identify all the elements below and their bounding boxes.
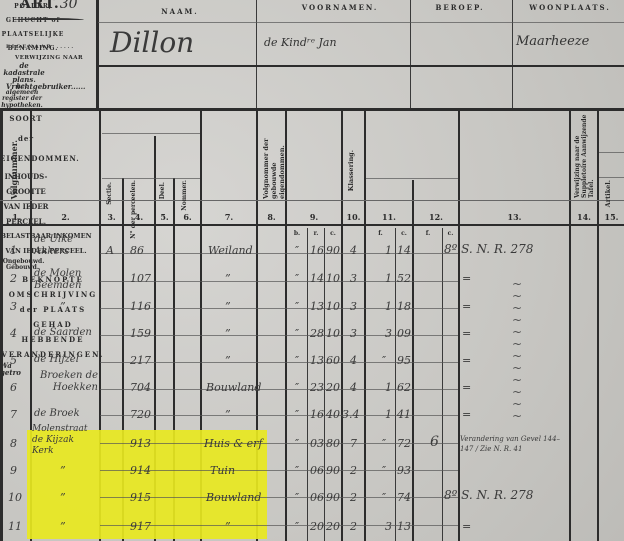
row-10-ong-f: ″ <box>382 491 386 504</box>
row-7-b: ″ <box>295 408 299 421</box>
row-9-b: ″ <box>295 464 299 477</box>
row-7-nr: 7 <box>10 408 17 421</box>
grid-v-col13 <box>458 110 460 541</box>
row-11-soort: ” <box>225 520 231 533</box>
row-8-soort: Huis & erf <box>204 437 262 450</box>
voornamen-header: VOORNAMEN. <box>280 3 400 12</box>
colnum-6: 6. <box>175 212 200 222</box>
row-6-nr: 6 <box>10 381 17 394</box>
row-6-b: ″ <box>295 381 299 394</box>
row-7-ong-c: 41 <box>397 408 411 421</box>
row-11-perceel: 917 <box>130 520 151 533</box>
row-3-ong-f: 1 <box>385 300 392 313</box>
row-6-perceel: 704 <box>130 381 151 394</box>
cadastral-register-page: ART.30 EIGENAAR...... Vruchtgebruiker...… <box>0 0 624 541</box>
naam-header: NAAM. <box>150 7 210 16</box>
colnum-12: 12. <box>414 212 458 222</box>
grid-h-waarde <box>599 152 624 153</box>
grid-v-col11 <box>364 110 366 541</box>
col15-header: Artikel. <box>604 180 612 207</box>
col4-header: N° der perceelen. <box>130 180 137 239</box>
row-4-benaming: de Saarden <box>34 327 92 338</box>
row-6-ong-f: 1 <box>385 381 392 394</box>
grid-h-numbers-top <box>0 200 624 201</box>
row-1-benaming: de Ulke Akkers <box>34 234 98 258</box>
col5-header: Deel. <box>159 182 166 199</box>
row-9-ong-f: ″ <box>382 464 386 477</box>
row-4-r: 28 <box>310 327 324 340</box>
row-11-b: ″ <box>295 520 299 533</box>
row-10-benaming: ” <box>60 491 66 504</box>
row-9-c: 90 <box>326 464 340 477</box>
row-1-r: 16 <box>310 244 324 257</box>
row-8-benaming: Molenstraat de Kijzak Kerk <box>32 424 98 457</box>
grid-v-col15 <box>597 110 599 541</box>
row-4-ong-f: 3 <box>385 327 392 340</box>
col14-header: Verwijzing naar de Suppletoire Aanwijzen… <box>574 112 592 198</box>
grid-v-col9-r <box>307 228 308 541</box>
unit-r: r. <box>308 230 324 237</box>
col8-header: Volgnommer der gebouwde eigendommen. <box>262 114 280 199</box>
row-11-klasse: 2 <box>350 520 357 533</box>
row-10-c: 90 <box>326 491 340 504</box>
row-3-r: 13 <box>310 300 324 313</box>
row-2-perceel: 107 <box>130 272 151 285</box>
row-10-b: ″ <box>295 491 299 504</box>
row-7-benaming: de Broek <box>34 408 80 419</box>
article-label: ART.30 <box>20 0 78 12</box>
row-9-r: 06 <box>310 464 324 477</box>
row-6-r: 23 <box>310 381 324 394</box>
row-1-nr: 1 <box>10 244 17 257</box>
row-4-nr: 4 <box>10 327 17 340</box>
verwijzing-header: VERWIJZING NAAR <box>0 56 98 62</box>
row-3-ong-c: 18 <box>397 300 411 313</box>
colnum-11: 11. <box>366 212 412 222</box>
col1-header: Volgnummer. <box>9 140 19 199</box>
row-9-perceel: 914 <box>130 464 151 477</box>
row-1-klasse: 4 <box>350 244 357 257</box>
row-1-ong-c: 14 <box>397 244 411 257</box>
row-1-omschrijving: 8º S. N. R. 278 <box>444 242 533 256</box>
owner-grid-bottom <box>0 108 624 111</box>
col7-header: SOORT der EIGENDOMMEN. <box>0 109 52 169</box>
article-label-text: ART. <box>20 0 60 12</box>
colnum-10: 10. <box>343 212 364 222</box>
row-7-soort: ” <box>225 408 231 421</box>
row-9-nr: 9 <box>10 464 17 477</box>
row-4-omschrijving: = <box>462 327 471 340</box>
kadastrale-header: de kadastrale plans. <box>0 62 48 84</box>
row-7-perceel: 720 <box>130 408 151 421</box>
row-2-b: ″ <box>295 272 299 285</box>
row-8-r: 03 <box>310 437 324 450</box>
colnum-13: 13. <box>460 212 569 222</box>
row-8-omschrijving: Verandering van Gevel 144–147 / Zie N. R… <box>460 434 570 454</box>
grid-h-plans <box>102 178 200 179</box>
row-3-perceel: 116 <box>130 300 151 313</box>
grid-v-col12-c <box>442 228 443 541</box>
row-8-b: ″ <box>295 437 299 450</box>
row-8-c: 80 <box>326 437 340 450</box>
vruchtgebruiker-label: Vruchtgebruiker...... <box>6 82 85 91</box>
colnum-15: 15. <box>599 212 624 222</box>
row-4-b: ″ <box>295 327 299 340</box>
row-3-klasse: 3 <box>350 300 357 313</box>
row-3-omschrijving: = <box>462 300 471 313</box>
unit-12-c: c. <box>443 230 458 237</box>
row-10-omschrijving: 8º S. N. R. 278 <box>444 488 533 502</box>
unit-c: c. <box>325 230 341 237</box>
row-4-soort: ” <box>225 327 231 340</box>
row-2-ong-c: 52 <box>397 272 411 285</box>
grid-v-col14 <box>569 110 571 541</box>
row-1-ong-f: 1 <box>385 244 392 257</box>
woonplaats-header: WOONPLAATS. <box>520 3 620 12</box>
grid-v-col9-c <box>324 228 325 541</box>
row-10-klasse: 2 <box>350 491 357 504</box>
row-4-c: 10 <box>326 327 340 340</box>
colnum-3: 3. <box>101 212 122 222</box>
row-2-klasse: 3 <box>350 272 357 285</box>
beroep-header: BEROEP. <box>420 3 500 12</box>
owner-grid-v2 <box>410 0 411 110</box>
row-7-c: 40 <box>326 408 340 421</box>
row-9-soort: Tuin <box>210 464 235 477</box>
row-5-nr: 5 <box>10 354 17 367</box>
row-10-soort: Bouwland <box>206 491 261 504</box>
row-5-c: 60 <box>326 354 340 367</box>
row-6-omschrijving: = <box>462 381 471 394</box>
row-8-perceel: 913 <box>130 437 151 450</box>
unit-11-c: c. <box>396 230 412 237</box>
row-8-geb-f: 6 <box>430 434 439 450</box>
owner-grid-h2 <box>98 65 624 67</box>
row-7-klasse: 3.4 <box>342 408 360 421</box>
colnum-4: 4. <box>124 212 154 222</box>
grid-h-waarde2 <box>599 177 624 178</box>
row-2-nr: 2 <box>10 272 17 285</box>
row-10-r: 06 <box>310 491 324 504</box>
owner-voornamen: de Kindʳᵉ Jan <box>264 36 337 49</box>
grid-h-belastbaar <box>366 178 458 179</box>
row-3-benaming: ” <box>60 300 66 313</box>
row-6-benaming: Broeken de Hoekken <box>34 370 98 394</box>
col3-header: Sectie. <box>106 182 113 205</box>
row-1-b: ″ <box>295 244 299 257</box>
row-5-ong-f: ″ <box>382 354 386 367</box>
row-2-benaming: de Molen Beemden <box>34 268 98 292</box>
grid-v-col1-left <box>0 110 3 541</box>
row-6-soort: Bouwland <box>206 381 261 394</box>
row-5-omschrijving: = <box>462 354 471 367</box>
row-7-r: 16 <box>310 408 324 421</box>
owner-grid-v3 <box>512 0 513 110</box>
row-5-soort: ” <box>225 354 231 367</box>
row-3-b: ″ <box>295 300 299 313</box>
row-2-soort: ” <box>225 272 231 285</box>
row-10-nr: 10 <box>8 491 22 504</box>
row-11-ong-f: 3 <box>385 520 392 533</box>
row-5-b: ″ <box>295 354 299 367</box>
article-flourish <box>14 18 84 22</box>
colnum-9: 9. <box>287 212 341 222</box>
eigenaar-label: EIGENAAR...... <box>6 44 75 50</box>
row-4-klasse: 3 <box>350 327 357 340</box>
owner-grid-left <box>96 0 99 110</box>
row-8-ong-c: 72 <box>397 437 411 450</box>
row-5-benaming: de Hijzel <box>34 354 79 365</box>
row-9-benaming: ” <box>60 464 66 477</box>
owner-woonplaats: Maarheeze <box>516 34 589 49</box>
col6-header: Nommer. <box>181 180 188 211</box>
colnum-1: 1. <box>3 212 30 222</box>
row-11-c: 20 <box>326 520 340 533</box>
row-11-omschrijving: = <box>462 520 471 533</box>
col10-header: Klassering. <box>347 150 355 191</box>
row-1-c: 90 <box>326 244 340 257</box>
owner-naam: Dillon <box>110 26 194 59</box>
row-11-r: 20 <box>310 520 324 533</box>
row-5-ong-c: 95 <box>397 354 411 367</box>
row-11-benaming: ” <box>60 520 66 533</box>
colnum-8: 8. <box>258 212 285 222</box>
owner-grid-h1 <box>98 22 624 23</box>
colnum-14: 14. <box>571 212 597 222</box>
colnum-5: 5. <box>156 212 173 222</box>
row-11-ong-c: 13 <box>397 520 411 533</box>
row-6-ong-c: 62 <box>397 381 411 394</box>
grid-h-header-bottom <box>0 224 624 226</box>
owner-grid-v1 <box>256 0 257 110</box>
unit-12-f: f. <box>414 230 442 237</box>
row-3-nr: 3 <box>10 300 17 313</box>
grid-v-col10 <box>341 110 343 541</box>
row-9-ong-c: 93 <box>397 464 411 477</box>
row-5-klasse: 4 <box>350 354 357 367</box>
unit-11-f: f. <box>366 230 395 237</box>
row-4-perceel: 159 <box>130 327 151 340</box>
colnum-2: 2. <box>32 212 99 222</box>
row-5-perceel: 217 <box>130 354 151 367</box>
row-6-klasse: 4 <box>350 381 357 394</box>
row-7-omschrijving: = <box>462 408 471 421</box>
row-1-soort: Weiland <box>208 244 253 257</box>
row-10-perceel: 915 <box>130 491 151 504</box>
ditto-wave-mark: ~~~~~~~~~~~~ <box>512 278 522 422</box>
row-2-ong-f: 1 <box>385 272 392 285</box>
grid-v-col11-c <box>395 228 396 541</box>
row-10-ong-c: 74 <box>397 491 411 504</box>
unit-b: b. <box>288 230 306 237</box>
article-number: 30 <box>60 0 78 12</box>
row-2-omschrijving: = <box>462 272 471 285</box>
row-8-klasse: 7 <box>350 437 357 450</box>
row-3-soort: ” <box>225 300 231 313</box>
grid-h-verwijzing <box>102 133 200 134</box>
row-3-c: 10 <box>326 300 340 313</box>
row-4-ong-c: 09 <box>397 327 411 340</box>
row-1-sectie: A <box>106 244 114 257</box>
row-11-nr: 11 <box>8 520 22 533</box>
row-5-r: 13 <box>310 354 324 367</box>
row-2-c: 10 <box>326 272 340 285</box>
row-1-perceel: 86 <box>130 244 144 257</box>
row-6-c: 20 <box>326 381 340 394</box>
row-8-ong-f: ″ <box>382 437 386 450</box>
row-2-r: 14 <box>310 272 324 285</box>
row-7-ong-f: 1 <box>385 408 392 421</box>
colnum-7: 7. <box>202 212 256 222</box>
row-9-klasse: 2 <box>350 464 357 477</box>
row-8-nr: 8 <box>10 437 17 450</box>
